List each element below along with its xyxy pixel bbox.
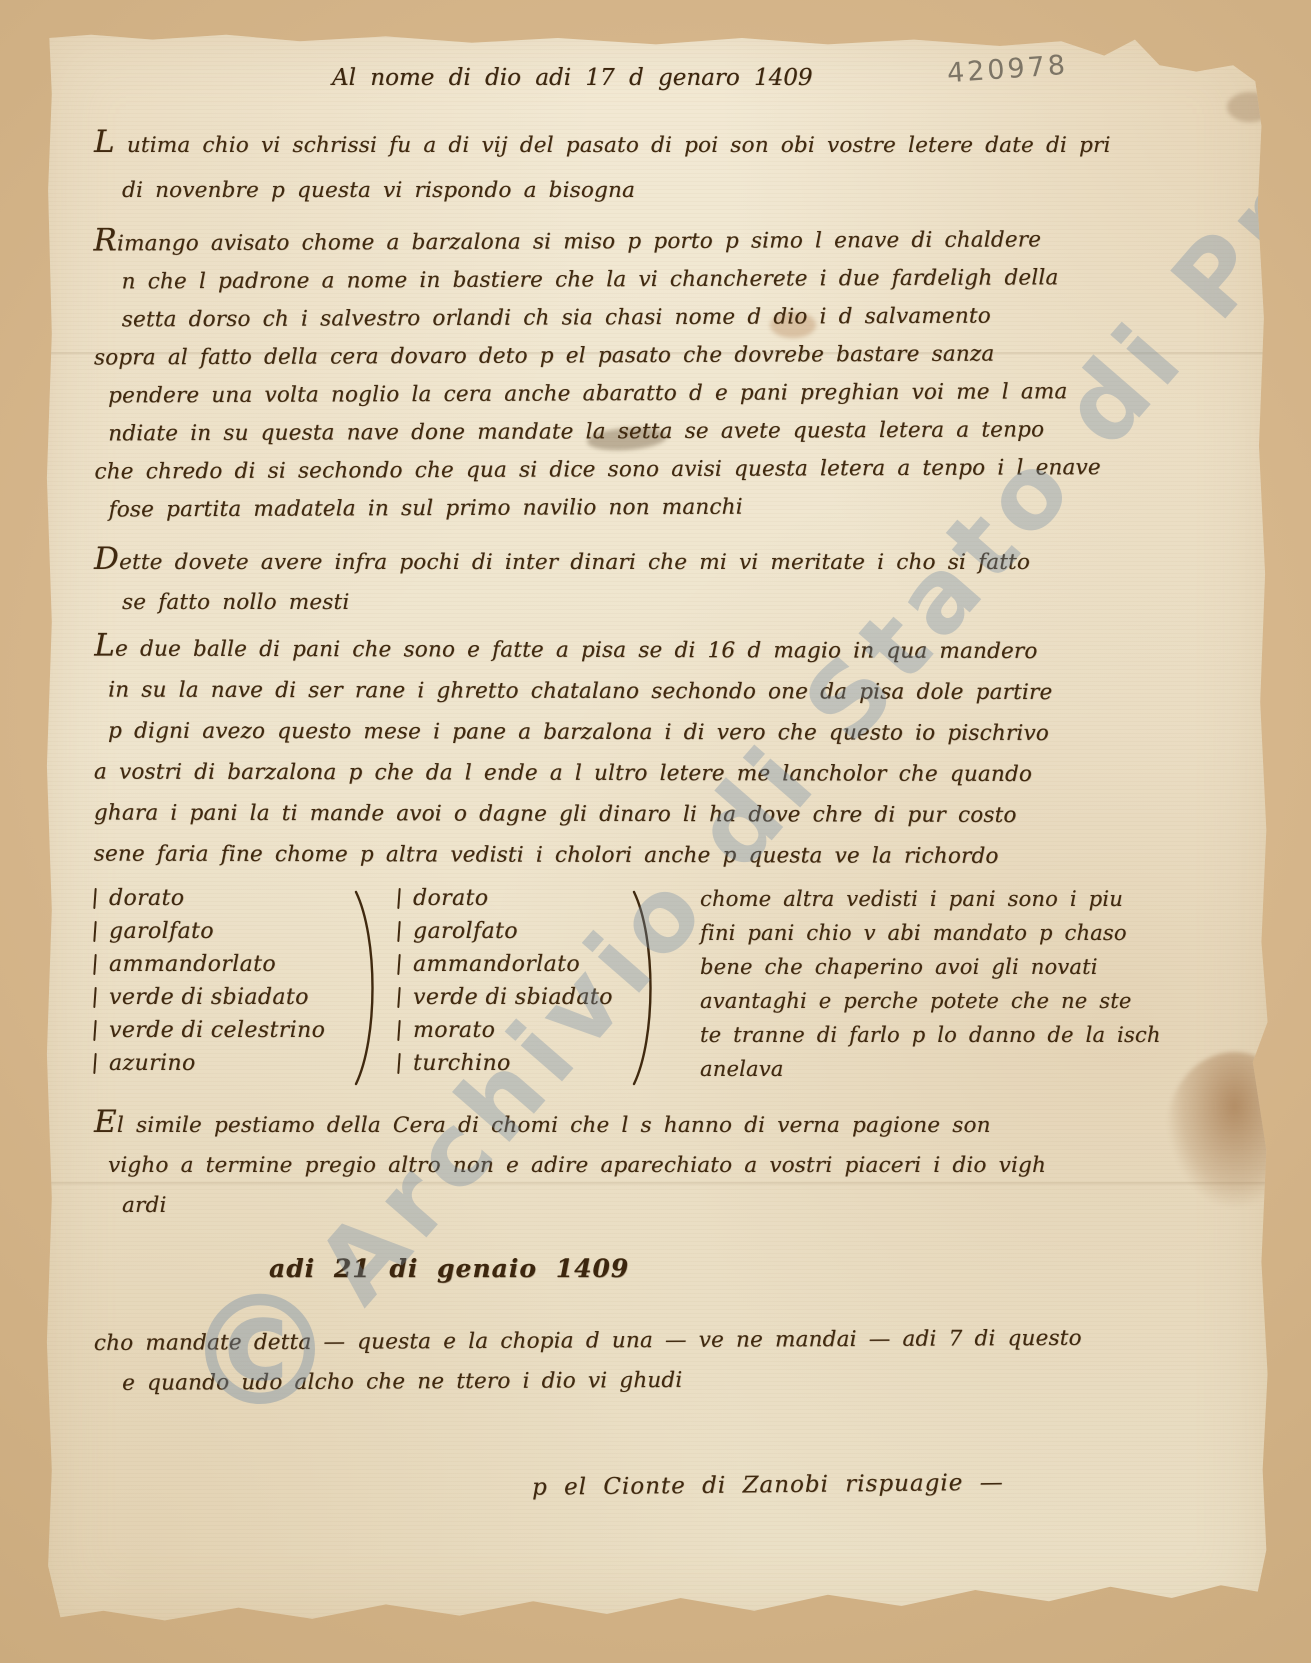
manuscript-line: te tranne di farlo p lo danno de la isch [700, 1018, 1161, 1052]
colour-list-middle: dorato garolfato ammandorlato verde di s… [398, 882, 630, 1080]
manuscript-line: p digni avezo questo mese i pane a barza… [94, 711, 1230, 755]
tally-mark-icon [397, 987, 400, 1008]
manuscript-line: vigho a termine pregio altro non e adire… [94, 1146, 1230, 1186]
manuscript-line: ardi [94, 1186, 1230, 1226]
manuscript-line: pendere una volta noglio la cera anche a… [94, 373, 1230, 416]
manuscript-line: se fatto nollo mesti [94, 583, 1230, 623]
manuscript-line: sopra al fatto della cera dovaro deto p … [94, 335, 1230, 378]
tally-mark-icon [93, 1053, 96, 1074]
manuscript-line: ndiate in su questa nave done mandate la… [94, 411, 1230, 454]
manuscript-line: bene che chaperino avoi gli novati [700, 950, 1161, 984]
manuscript-line: fini pani chio v abi mandato p chaso [700, 916, 1161, 950]
manuscript-line: a vostri di barzalona p che da l ende a … [94, 752, 1230, 796]
signature-line: p el Cionte di Zanobi rispuagie — [532, 1467, 1230, 1500]
list-item: verde di sbiadato [398, 981, 630, 1014]
paragraph-shipping: Rimango avisato chome a barzalona si mis… [93, 217, 1230, 530]
tally-mark-icon [93, 921, 96, 942]
manuscript-line: in su la nave di ser rane i ghretto chat… [94, 670, 1230, 714]
tally-mark-icon [397, 1053, 400, 1074]
letter-sheet: 420978 Al nome di dio adi 17 d genaro 14… [42, 30, 1270, 1630]
tally-mark-icon [397, 921, 400, 942]
manuscript-line: avantaghi e perche potete che ne ste [700, 984, 1161, 1018]
list-item: garolfato [94, 915, 352, 948]
manuscript-line: chome altra vedisti i pani sono i piu [700, 882, 1161, 916]
list-item: morato [398, 1014, 630, 1047]
list-item: verde di sbiadato [94, 981, 352, 1014]
list-item: dorato [94, 882, 352, 915]
manuscript-scan: { "scan": { "archive_number": "420978", … [0, 0, 1311, 1663]
manuscript-line: che chredo di si sechondo che qua si dic… [94, 449, 1230, 492]
manuscript-line: El simile pestiamo della Cera di chomi c… [94, 1102, 1230, 1146]
tally-mark-icon [93, 1020, 96, 1041]
tally-mark-icon [397, 954, 400, 975]
tally-mark-icon [93, 888, 96, 909]
list-bracket-icon [630, 888, 658, 1088]
manuscript-line: cho mandate detta — questa e la chopia d… [94, 1318, 1230, 1364]
date-line: adi 21 di genaio 1409 [269, 1254, 1230, 1283]
manuscript-line: Le due balle di pani che sono e fatte a … [94, 626, 1230, 673]
list-item: dorato [398, 882, 630, 915]
ink-stain [1282, 528, 1311, 574]
tally-mark-icon [93, 954, 96, 975]
paragraph-closing: cho mandate detta — questa e la chopia d… [94, 1318, 1230, 1404]
list-item: turchino [398, 1047, 630, 1080]
tally-mark-icon [397, 1020, 400, 1041]
colour-lists-section: dorato garolfato ammandorlato verde di s… [94, 882, 1230, 1088]
side-note: chome altra vedisti i pani sono i piu fi… [700, 882, 1161, 1086]
letter-body: Al nome di dio adi 17 d genaro 1409 L ut… [42, 30, 1270, 1497]
manuscript-line: fose partita madatela in sul primo navil… [95, 487, 1231, 530]
manuscript-line: e quando udo alcho che ne ttero i dio vi… [94, 1358, 1230, 1404]
manuscript-line: sene faria fine chome p altra vedisti i … [94, 834, 1230, 878]
paragraph-opening: L utima chio vi schrissi fu a di vij del… [94, 120, 1230, 213]
paragraph-wax: El simile pestiamo della Cera di chomi c… [94, 1102, 1230, 1226]
list-item: verde di celestrino [94, 1014, 352, 1047]
manuscript-line: di novenbre p questa vi rispondo a bisog… [94, 168, 1230, 213]
manuscript-line: ghara i pani la ti mande avoi o dagne gl… [94, 793, 1230, 837]
list-item: garolfato [398, 915, 630, 948]
manuscript-line: L utima chio vi schrissi fu a di vij del… [94, 120, 1230, 168]
list-bracket-icon [352, 888, 380, 1088]
list-item: ammandorlato [94, 948, 352, 981]
list-item: ammandorlato [398, 948, 630, 981]
invocation-line: Al nome di dio adi 17 d genaro 1409 [332, 60, 1230, 96]
paragraph-money: Dette dovete avere infra pochi di inter … [94, 539, 1230, 623]
tally-mark-icon [397, 888, 400, 909]
tally-mark-icon [93, 987, 96, 1008]
manuscript-line: Dette dovete avere infra pochi di inter … [94, 539, 1230, 583]
manuscript-line: n che l padrone a nome in bastiere che l… [94, 259, 1230, 302]
paragraph-bales: Le due balle di pani che sono e fatte a … [94, 626, 1231, 878]
manuscript-line: anelava [700, 1052, 1161, 1086]
colour-list-left: dorato garolfato ammandorlato verde di s… [94, 882, 352, 1080]
manuscript-line: Rimango avisato chome a barzalona si mis… [93, 217, 1229, 264]
manuscript-line: setta dorso ch i salvestro orlandi ch si… [94, 297, 1230, 340]
list-item: azurino [94, 1047, 352, 1080]
